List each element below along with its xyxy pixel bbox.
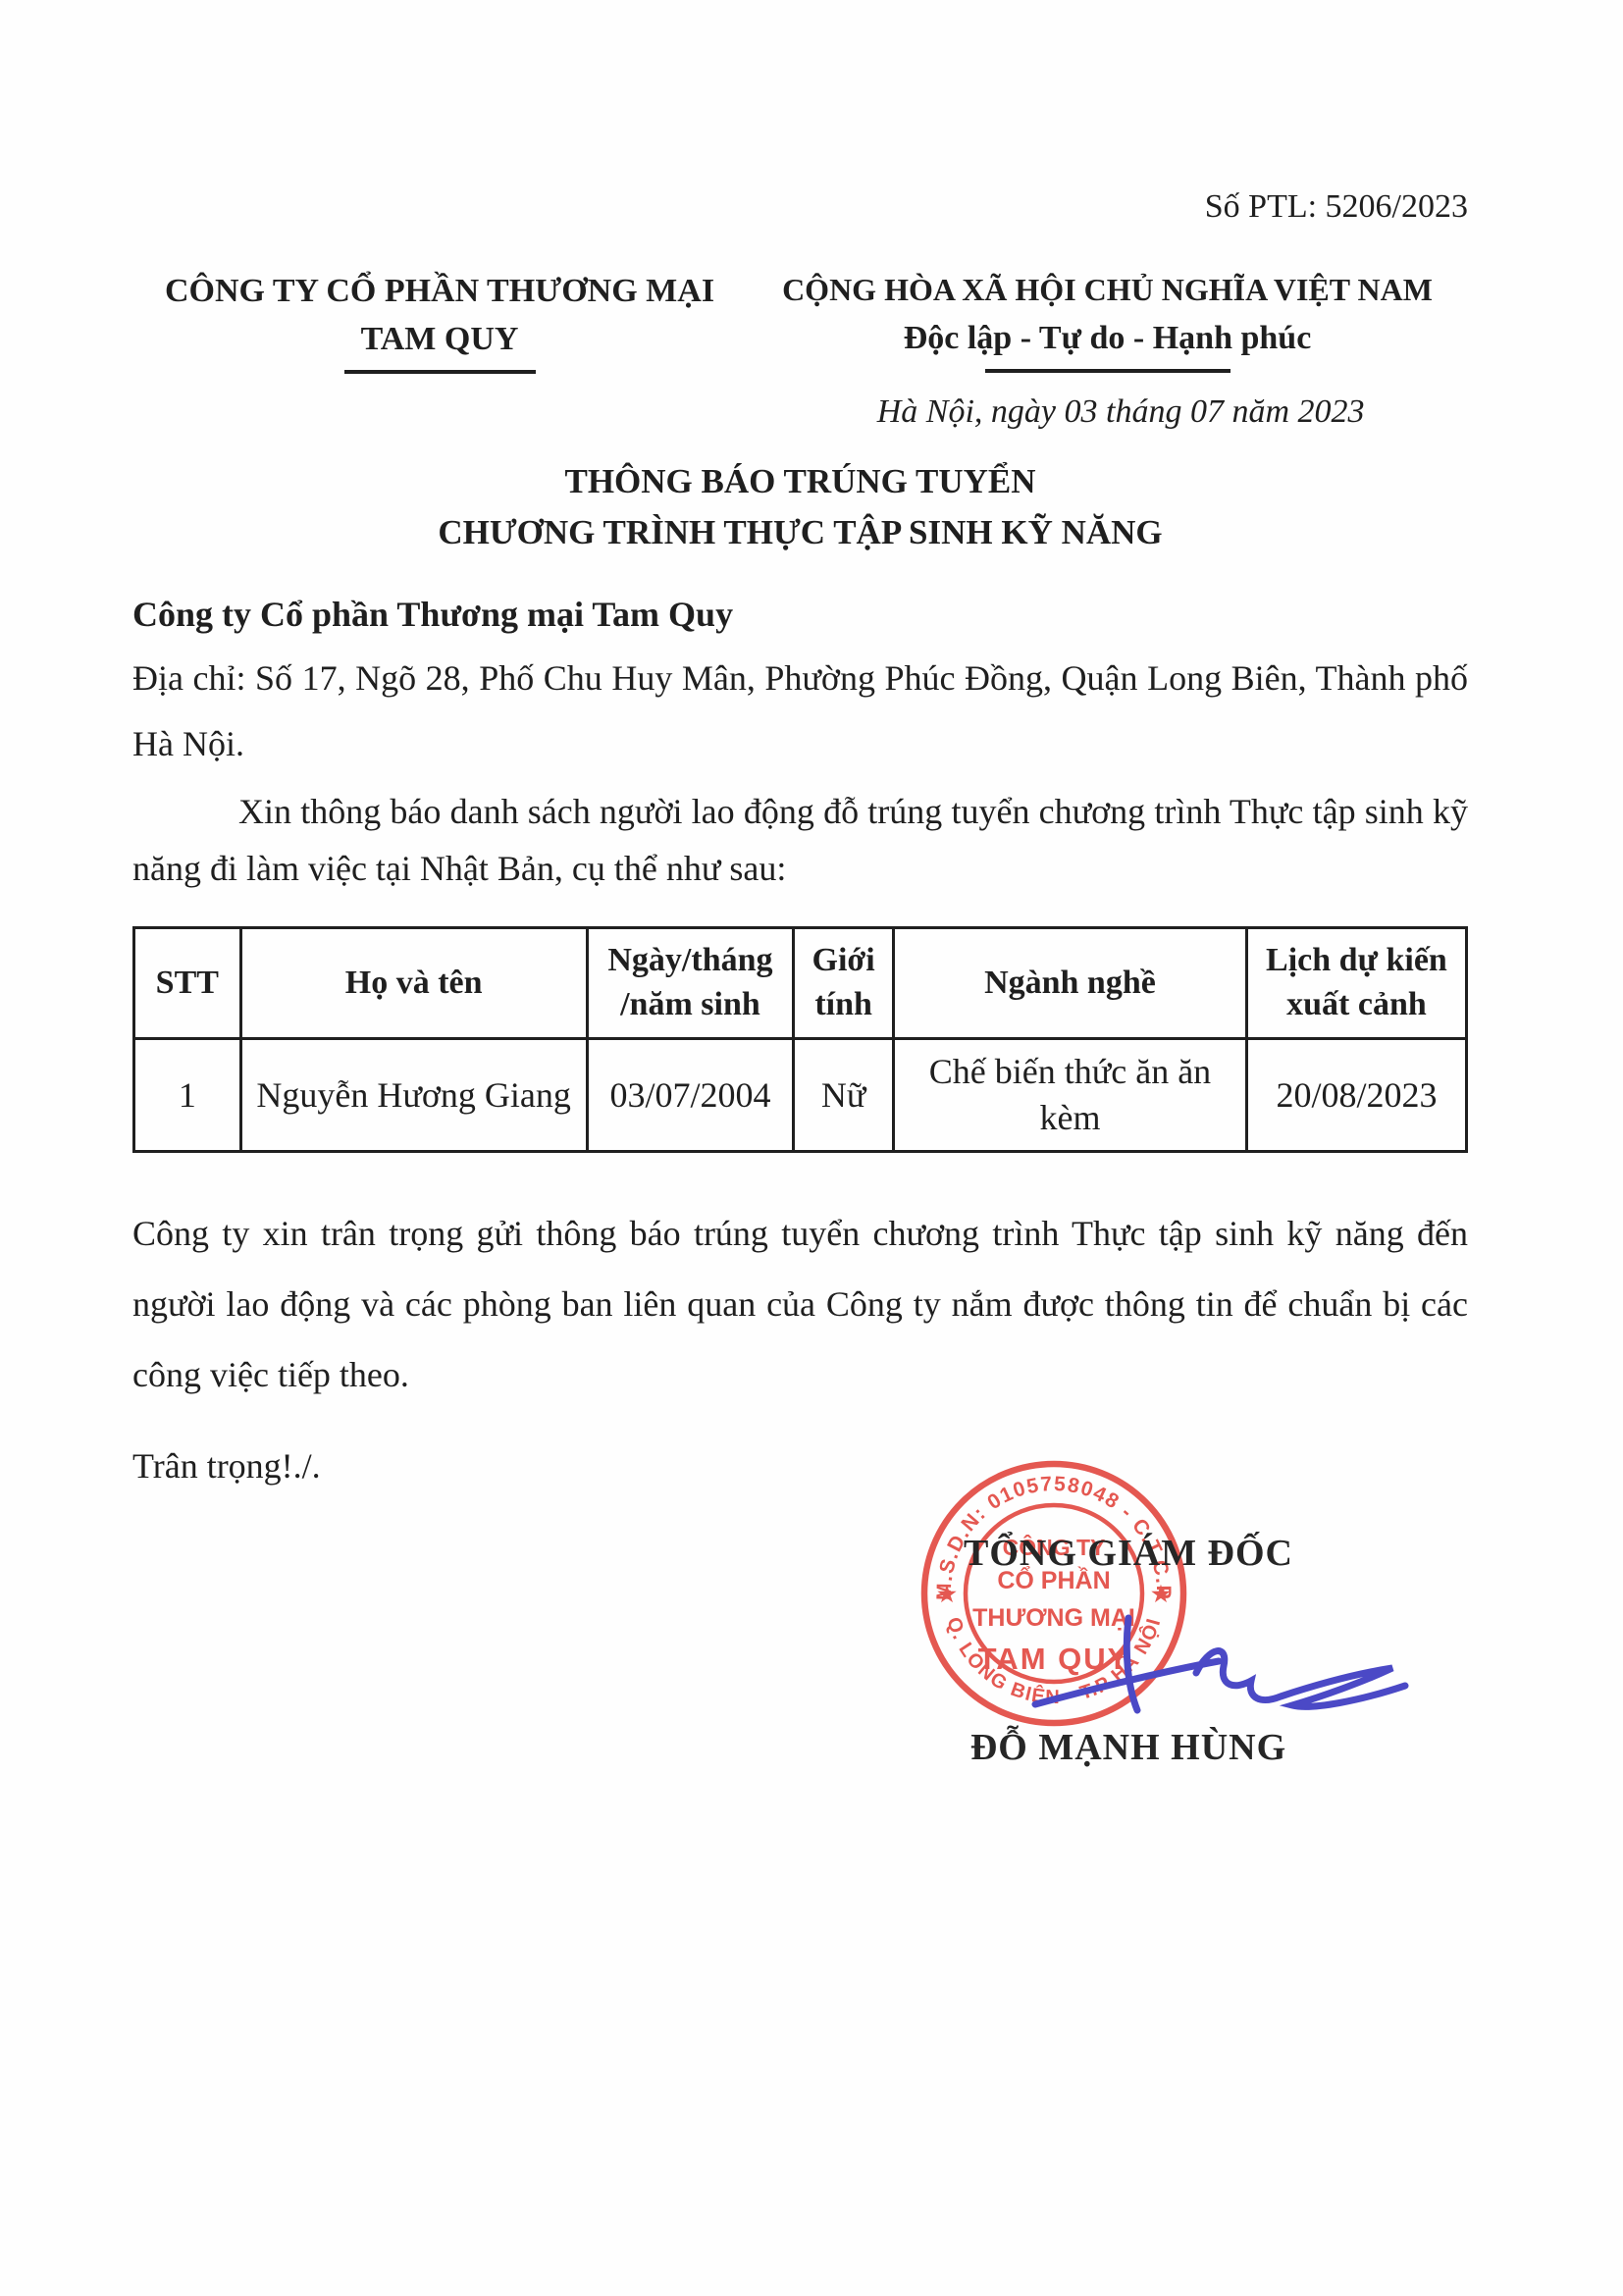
company-bold-line: Công ty Cổ phần Thương mại Tam Quy: [132, 583, 1468, 647]
signature-graphic: [1027, 1612, 1420, 1740]
national-title: CỘNG HÒA XÃ HỘI CHỦ NGHĨA VIỆT NAM: [747, 267, 1468, 312]
cell-occupation: Chế biến thức ăn ăn kèm: [894, 1038, 1247, 1151]
address-line: Địa chỉ: Số 17, Ngõ 28, Phố Chu Huy Mân,…: [132, 646, 1468, 776]
company-underline: [344, 370, 536, 374]
th-gender: Giới tính: [794, 928, 894, 1039]
regards-line: Trân trọng!./.: [132, 1445, 1468, 1487]
letterhead-national: CỘNG HÒA XÃ HỘI CHỦ NGHĨA VIỆT NAM Độc l…: [747, 267, 1468, 374]
th-full-name: Họ và tên: [240, 928, 587, 1039]
th-occupation: Ngành nghề: [894, 928, 1247, 1039]
cell-gender: Nữ: [794, 1038, 894, 1151]
star-icon: ★: [937, 1582, 957, 1606]
title-line2: CHƯƠNG TRÌNH THỰC TẬP SINH KỸ NĂNG: [132, 507, 1468, 559]
motto-underline: [985, 369, 1230, 373]
signature-scribble: [1027, 1612, 1420, 1740]
cell-departure-schedule: 20/08/2023: [1246, 1038, 1466, 1151]
signer-title: TỔNG GIÁM ĐỐC: [844, 1532, 1413, 1575]
intro-paragraph: Xin thông báo danh sách người lao động đ…: [132, 783, 1468, 898]
table-header-row: STT Họ và tên Ngày/tháng /năm sinh Giới …: [134, 928, 1467, 1039]
cell-full-name: Nguyễn Hương Giang: [240, 1038, 587, 1151]
page-title: THÔNG BÁO TRÚNG TUYỂN CHƯƠNG TRÌNH THỰC …: [132, 456, 1468, 559]
letterhead: CÔNG TY CỔ PHẦN THƯƠNG MẠI TAM QUY CỘNG …: [132, 267, 1468, 374]
cell-stt: 1: [134, 1038, 241, 1151]
company-name-line2: TAM QUY: [132, 315, 747, 363]
document-page: Số PTL: 5206/2023 CÔNG TY CỔ PHẦN THƯƠNG…: [0, 0, 1623, 2296]
applicants-table: STT Họ và tên Ngày/tháng /năm sinh Giới …: [132, 926, 1468, 1153]
company-name-line1: CÔNG TY CỔ PHẦN THƯƠNG MẠI: [132, 267, 747, 315]
cell-birth-date: 03/07/2004: [587, 1038, 793, 1151]
closing-paragraph: Công ty xin trân trọng gửi thông báo trú…: [132, 1198, 1468, 1410]
star-icon: ★: [1151, 1582, 1171, 1606]
body-text: Công ty Cổ phần Thương mại Tam Quy Địa c…: [132, 583, 1468, 898]
signature-area: M.S.D.N: 0105758048 - C.T.C.P Q. LONG BI…: [132, 1522, 1468, 1836]
document-content: Số PTL: 5206/2023 CÔNG TY CỔ PHẦN THƯƠNG…: [132, 0, 1468, 1836]
th-stt: STT: [134, 928, 241, 1039]
doc-number: Số PTL: 5206/2023: [132, 188, 1468, 226]
table-row: 1 Nguyễn Hương Giang 03/07/2004 Nữ Chế b…: [134, 1038, 1467, 1151]
title-line1: THÔNG BÁO TRÚNG TUYỂN: [132, 456, 1468, 508]
th-birth-date: Ngày/tháng /năm sinh: [587, 928, 793, 1039]
dateline: Hà Nội, ngày 03 tháng 07 năm 2023: [773, 393, 1468, 431]
national-motto: Độc lập - Tự do - Hạnh phúc: [747, 314, 1468, 362]
th-departure-schedule: Lịch dự kiến xuất cảnh: [1246, 928, 1466, 1039]
letterhead-company: CÔNG TY CỔ PHẦN THƯƠNG MẠI TAM QUY: [132, 267, 747, 374]
